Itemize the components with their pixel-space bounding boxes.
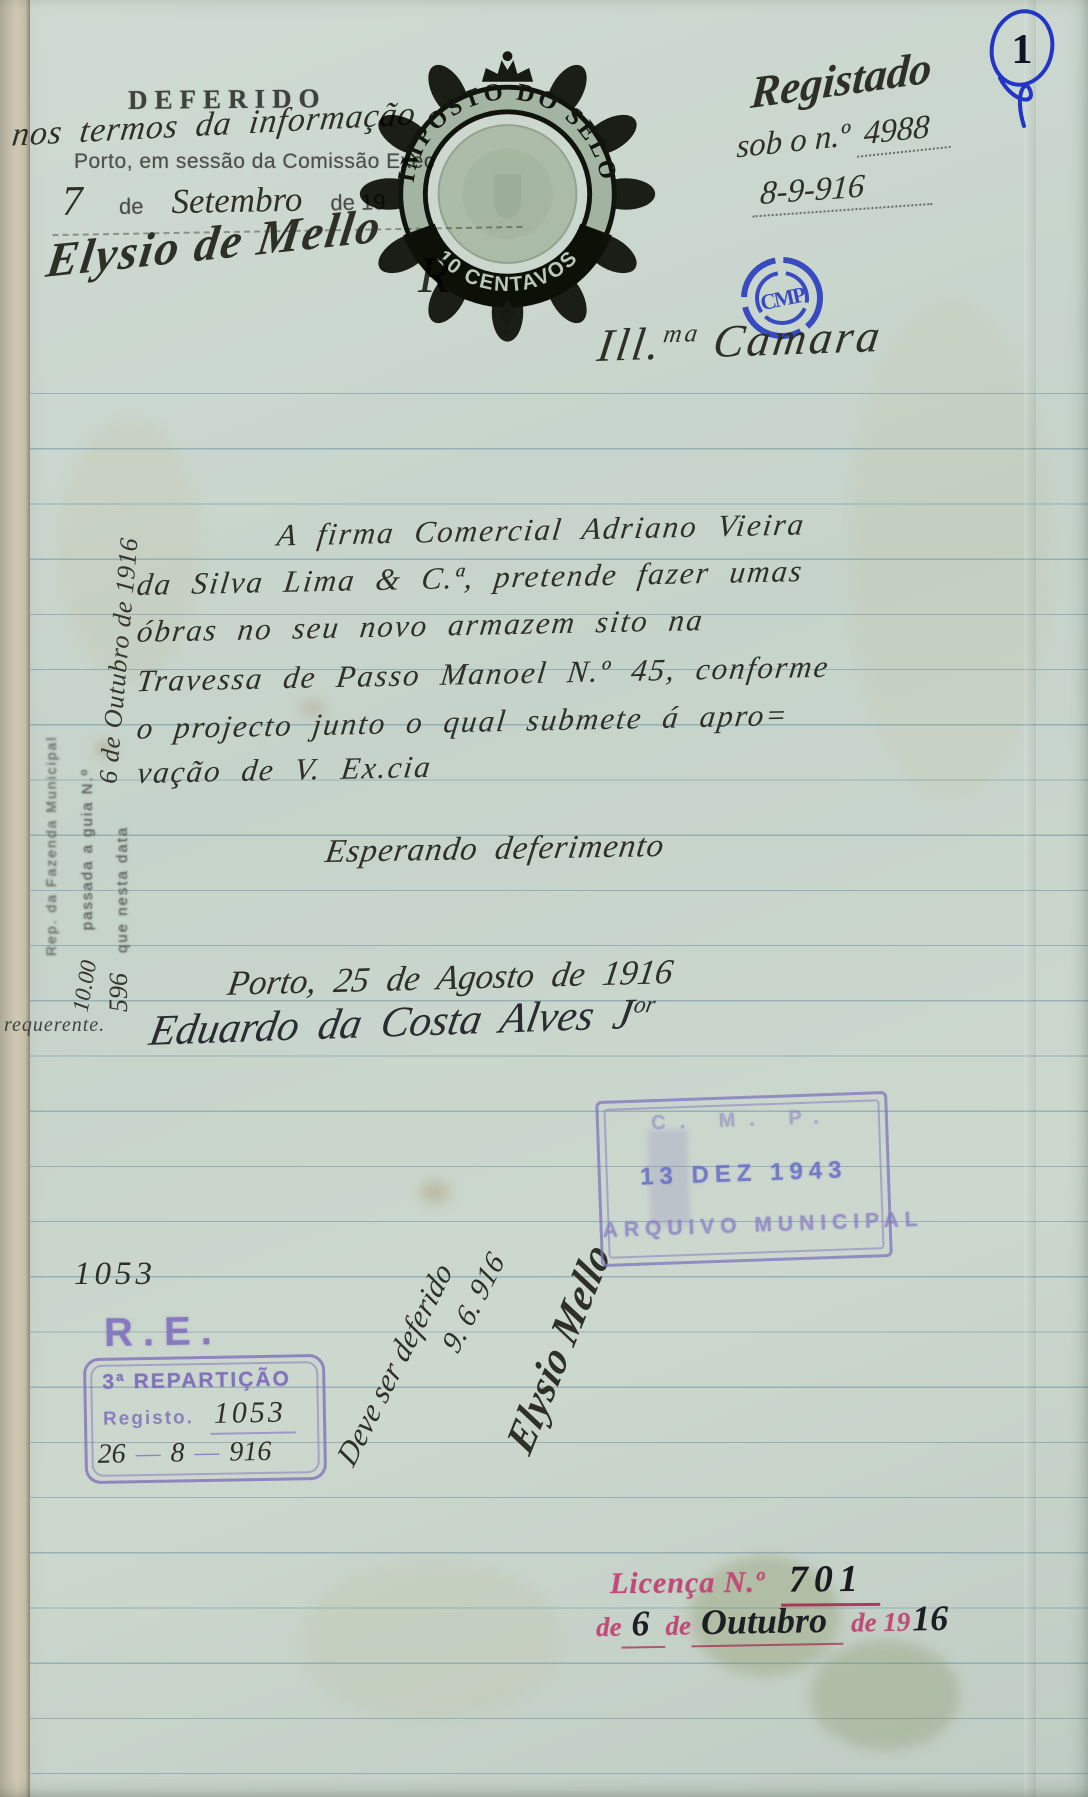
margin-guide-row: 596 que nesta data 6 de Outubro de 1916 — [102, 392, 136, 1012]
body-line: vação de V. Ex.cia — [135, 749, 434, 791]
margin-stamp-fragment-a: passada a guia N.º — [79, 768, 96, 930]
licenca-de2: de — [665, 1610, 691, 1641]
process-number-handwriting: 1053 — [74, 1256, 156, 1293]
registado-date-line: 8-9-916 — [753, 164, 936, 214]
paper-crease — [1024, 0, 1036, 1797]
deferido-day: 7 — [62, 178, 84, 226]
margin-stamp-fragment-c: Rep. da Fazenda Municipal — [34, 392, 68, 956]
archive-stamp: C. M. P. 13 DEZ 1943 ARQUIVO MUNICIPAL — [595, 1091, 893, 1267]
crown — [482, 51, 533, 82]
salutation: Ill.ma Camara — [594, 309, 886, 372]
deferido-de1: de — [119, 194, 144, 220]
registado-number: 4988 — [857, 107, 952, 158]
licenca-de3: de 19 — [851, 1607, 911, 1639]
stamp-monogram: CMP — [758, 281, 808, 315]
requerente-stamp-label: requerente. — [4, 1014, 105, 1037]
reparticao-inner-border — [90, 1361, 320, 1477]
margin-guide-number: 596 — [104, 973, 133, 1012]
document-scan: DEFERIDO nos termos da informação Porto,… — [0, 0, 1088, 1797]
margin-amount-handwriting: 10.00 — [64, 958, 106, 1015]
licenca-day: 6 — [621, 1602, 666, 1649]
margin-stamp-row: 10.00 passada a guia N.º — [68, 392, 102, 1012]
salutation-superscript: ma — [662, 319, 703, 348]
embossed-shield — [494, 174, 522, 219]
page-number-circle: 1 — [972, 6, 1072, 156]
licenca-month: Outubro — [691, 1599, 844, 1648]
stain — [300, 1560, 560, 1720]
petitioner-superscript: or — [632, 992, 658, 1019]
licenca-year: 16 — [912, 1597, 949, 1640]
book-spine-edge — [0, 0, 30, 1797]
registado-word: Registado — [749, 41, 933, 119]
re-stamp: R.E. — [104, 1309, 223, 1356]
page-number: 1 — [1012, 27, 1033, 73]
closing-phrase: Esperando deferimento — [323, 828, 667, 871]
reparticao-stamp: 3ª REPARTIÇÃO Registo. 1053 26 — 8 — 916 — [83, 1354, 327, 1484]
licenca-date-line: de 6 de Outubro de 19 16 — [596, 1597, 949, 1649]
stain — [850, 300, 1050, 800]
salutation-prefix: Ill. — [594, 318, 666, 372]
stain — [810, 1640, 960, 1750]
margin-annotations: Rep. da Fazenda Municipal 10.00 passada … — [34, 392, 136, 1012]
tax-stamp-emblem: IMPOSTO DO SELO 10 CENTAVOS — [350, 44, 665, 344]
licenca-label: Licença N.º — [610, 1566, 765, 1601]
margin-stamp-fragment-b: que nesta data — [114, 826, 131, 953]
registado-prefix: sob o n.º — [736, 117, 850, 165]
stain — [420, 1180, 450, 1204]
licenca-de1: de — [596, 1612, 622, 1643]
salutation-word: Camara — [710, 310, 886, 367]
registado-date: 8-9-916 — [753, 164, 936, 218]
